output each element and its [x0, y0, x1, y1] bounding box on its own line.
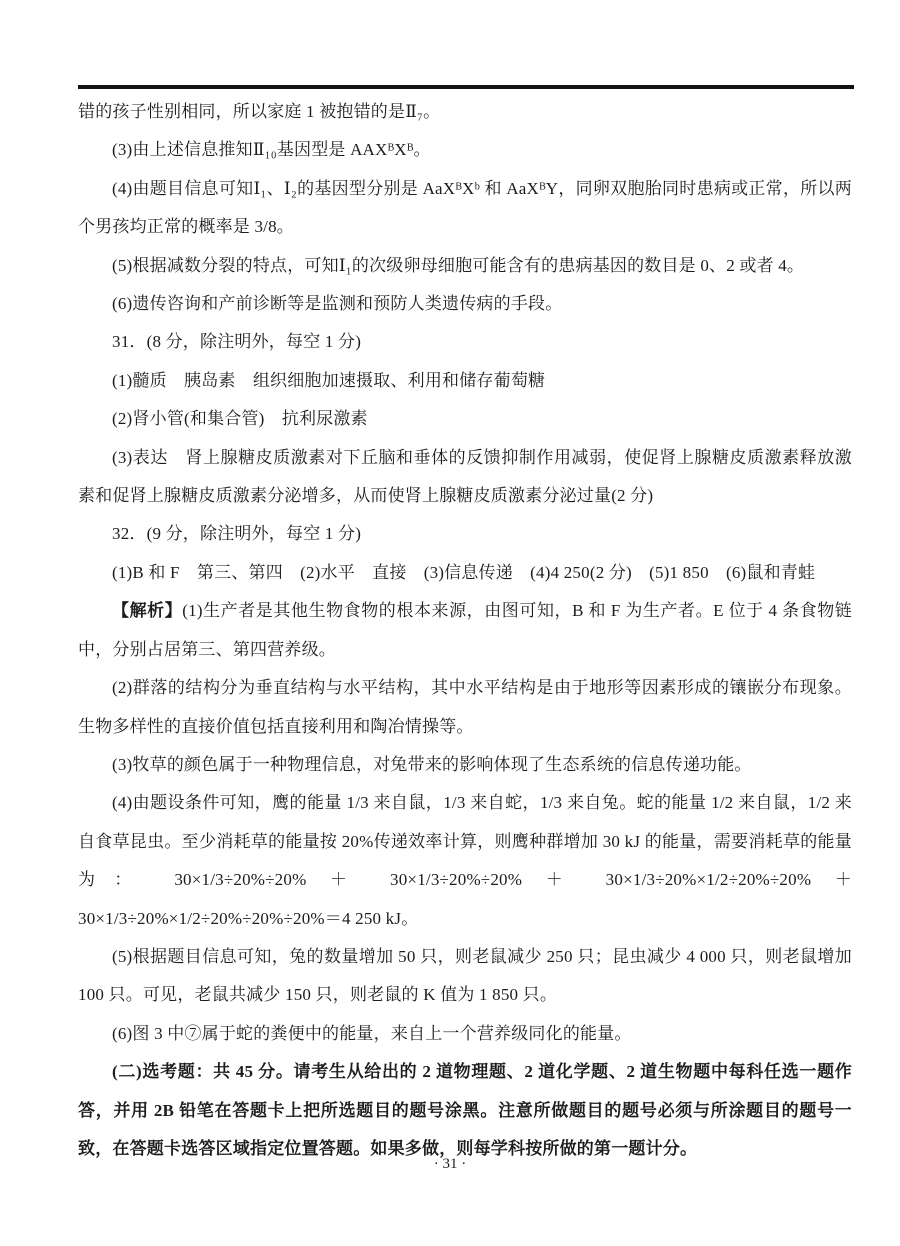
page-content: 错的孩子性别相同，所以家庭 1 被抱错的是Ⅱ₇。 (3)由上述信息推知Ⅱ₁₀基因… [78, 93, 852, 1168]
page-number: · 31 · [0, 1156, 900, 1173]
header-rule [78, 85, 854, 89]
q32-analysis-2: (2)群落的结构分为垂直结构与水平结构，其中水平结构是由于地形等因素形成的镶嵌分… [78, 669, 852, 746]
answer-item-3: (3)由上述信息推知Ⅱ₁₀基因型是 AAXᴮXᴮ。 [78, 131, 852, 169]
q31-answer-3: (3)表达 肾上腺糖皮质激素对下丘脑和垂体的反馈抑制作用减弱，使促肾上腺糖皮质激… [78, 439, 852, 516]
q32-analysis-1-text: (1)生产者是其他生物食物的根本来源，由图可知，B 和 F 为生产者。E 位于 … [78, 601, 852, 658]
q32-answers-line: (1)B 和 F 第三、第四 (2)水平 直接 (3)信息传递 (4)4 250… [78, 554, 852, 592]
answer-item-6: (6)遗传咨询和产前诊断等是监测和预防人类遗传病的手段。 [78, 285, 852, 323]
answer-item-4: (4)由题目信息可知Ⅰ₁、Ⅰ₂的基因型分别是 AaXᴮXᵇ 和 AaXᴮY，同卵… [78, 170, 852, 247]
question-31-heading: 31．(8 分，除注明外，每空 1 分) [78, 323, 852, 361]
q32-analysis-6: (6)图 3 中⑦属于蛇的粪便中的能量，来自上一个营养级同化的能量。 [78, 1015, 852, 1053]
q31-answer-1: (1)髓质 胰岛素 组织细胞加速摄取、利用和储存葡萄糖 [78, 362, 852, 400]
document-page: 错的孩子性别相同，所以家庭 1 被抱错的是Ⅱ₇。 (3)由上述信息推知Ⅱ₁₀基因… [0, 0, 900, 1246]
question-32-heading: 32．(9 分，除注明外，每空 1 分) [78, 515, 852, 553]
answer-continuation-line: 错的孩子性别相同，所以家庭 1 被抱错的是Ⅱ₇。 [78, 93, 852, 131]
answer-item-5: (5)根据减数分裂的特点，可知Ⅰ₁的次级卵母细胞可能含有的患病基因的数目是 0、… [78, 247, 852, 285]
q32-analysis-1: 【解析】(1)生产者是其他生物食物的根本来源，由图可知，B 和 F 为生产者。E… [78, 592, 852, 669]
q32-analysis-4: (4)由题设条件可知，鹰的能量 1/3 来自鼠，1/3 来自蛇，1/3 来自兔。… [78, 784, 852, 938]
elective-section-note: (二)选考题：共 45 分。请考生从给出的 2 道物理题、2 道化学题、2 道生… [78, 1053, 852, 1168]
q32-analysis-3: (3)牧草的颜色属于一种物理信息，对兔带来的影响体现了生态系统的信息传递功能。 [78, 746, 852, 784]
q31-answer-2: (2)肾小管(和集合管) 抗利尿激素 [78, 400, 852, 438]
analysis-label: 【解析】 [112, 601, 182, 620]
q32-analysis-5: (5)根据题目信息可知，兔的数量增加 50 只，则老鼠减少 250 只；昆虫减少… [78, 938, 852, 1015]
